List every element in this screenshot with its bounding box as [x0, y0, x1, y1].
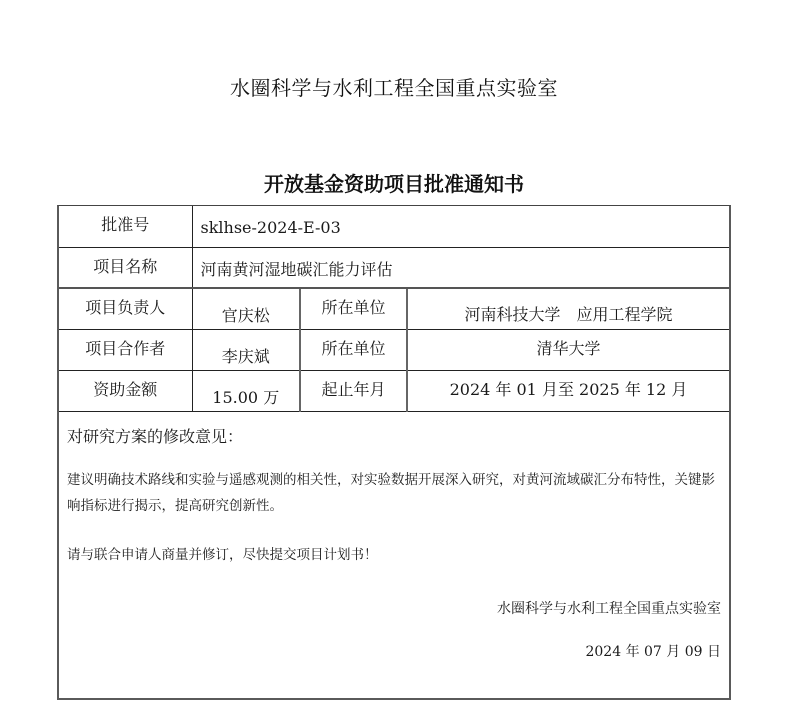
signature-organization: 水圈科学与水利工程全国重点实验室: [497, 598, 721, 618]
funding-label: 资助金额: [59, 370, 192, 411]
project-name-label: 项目名称: [59, 247, 192, 288]
leader-name: 官庆松: [192, 288, 300, 329]
row-approval-no: 批准号 sklhse-2024-E-03: [59, 206, 729, 247]
period-label: 起止年月: [300, 370, 407, 411]
opinion-body: 建议明确技术路线和实验与遥感观测的相关性，对实验数据开展深入研究，对黄河流域碳汇…: [67, 467, 727, 519]
row-leader: 项目负责人 官庆松 所在单位 河南科技大学 应用工程学院: [59, 288, 729, 329]
row-collaborator: 项目合作者 李庆斌 所在单位 清华大学: [59, 329, 729, 370]
funding-amount: 15.00 万: [192, 370, 300, 411]
row-project-name: 项目名称 河南黄河湿地碳汇能力评估: [59, 247, 729, 288]
row-funding: 资助金额 15.00 万 起止年月 2024 年 01 月至 2025 年 12…: [59, 370, 729, 411]
leader-unit: 河南科技大学 应用工程学院: [407, 288, 729, 329]
approval-no-value: sklhse-2024-E-03: [192, 206, 729, 247]
collaborator-name: 李庆斌: [192, 329, 300, 370]
collaborator-unit: 清华大学: [407, 329, 729, 370]
project-name-value: 河南黄河湿地碳汇能力评估: [192, 247, 729, 288]
leader-label: 项目负责人: [59, 288, 192, 329]
approval-no-label: 批准号: [59, 206, 192, 247]
leader-unit-label: 所在单位: [300, 288, 407, 329]
document-title: 开放基金资助项目批准通知书: [0, 168, 788, 197]
opinion-heading: 对研究方案的修改意见：: [67, 424, 727, 447]
approval-form: 批准号 sklhse-2024-E-03 项目名称 河南黄河湿地碳汇能力评估 项…: [57, 205, 731, 700]
revision-opinion: 对研究方案的修改意见： 建议明确技术路线和实验与遥感观测的相关性，对实验数据开展…: [67, 424, 727, 563]
signature-date: 2024 年 07 月 09 日: [585, 641, 721, 661]
organization-title: 水圈科学与水利工程全国重点实验室: [0, 72, 788, 101]
period-value: 2024 年 01 月至 2025 年 12 月: [407, 370, 729, 411]
collaborator-label: 项目合作者: [59, 329, 192, 370]
project-info-table: 批准号 sklhse-2024-E-03 项目名称 河南黄河湿地碳汇能力评估 项…: [59, 206, 729, 412]
opinion-request: 请与联合申请人商量并修订，尽快提交项目计划书！: [67, 543, 727, 563]
collaborator-unit-label: 所在单位: [300, 329, 407, 370]
